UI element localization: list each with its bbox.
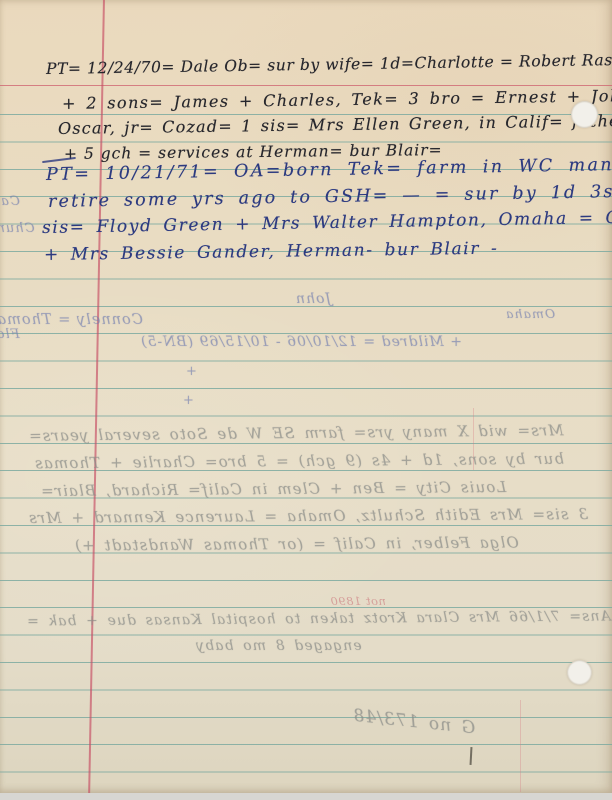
hole-punch-top bbox=[571, 101, 598, 128]
bleed-text: + Mildred = 12/10/06 - 10/15/69 (BN-5) bbox=[140, 334, 462, 350]
bleed-fragment: Church bbox=[0, 221, 35, 236]
bleed-text: engaged 8 mo baby bbox=[195, 638, 362, 654]
bleed-red-note: not 1890 bbox=[330, 594, 386, 608]
bleed-text: Omaha bbox=[505, 306, 555, 321]
top-margin-rule bbox=[0, 85, 612, 86]
bleed-margin-segment bbox=[520, 700, 521, 792]
bleed-text: Connely = Thomas bbox=[0, 312, 143, 328]
bleed-fragment: Calif bbox=[0, 194, 20, 209]
bleed-text: + bbox=[185, 364, 197, 379]
bleed-fragment: Floyd bbox=[0, 327, 20, 342]
bleed-text: + bbox=[182, 393, 194, 408]
scanner-background bbox=[0, 793, 612, 800]
hole-punch-bottom bbox=[567, 660, 592, 685]
bleed-text: John bbox=[295, 291, 331, 307]
bleed-text: Olga Felber, in Calif = (or Thomas Wands… bbox=[74, 533, 519, 554]
